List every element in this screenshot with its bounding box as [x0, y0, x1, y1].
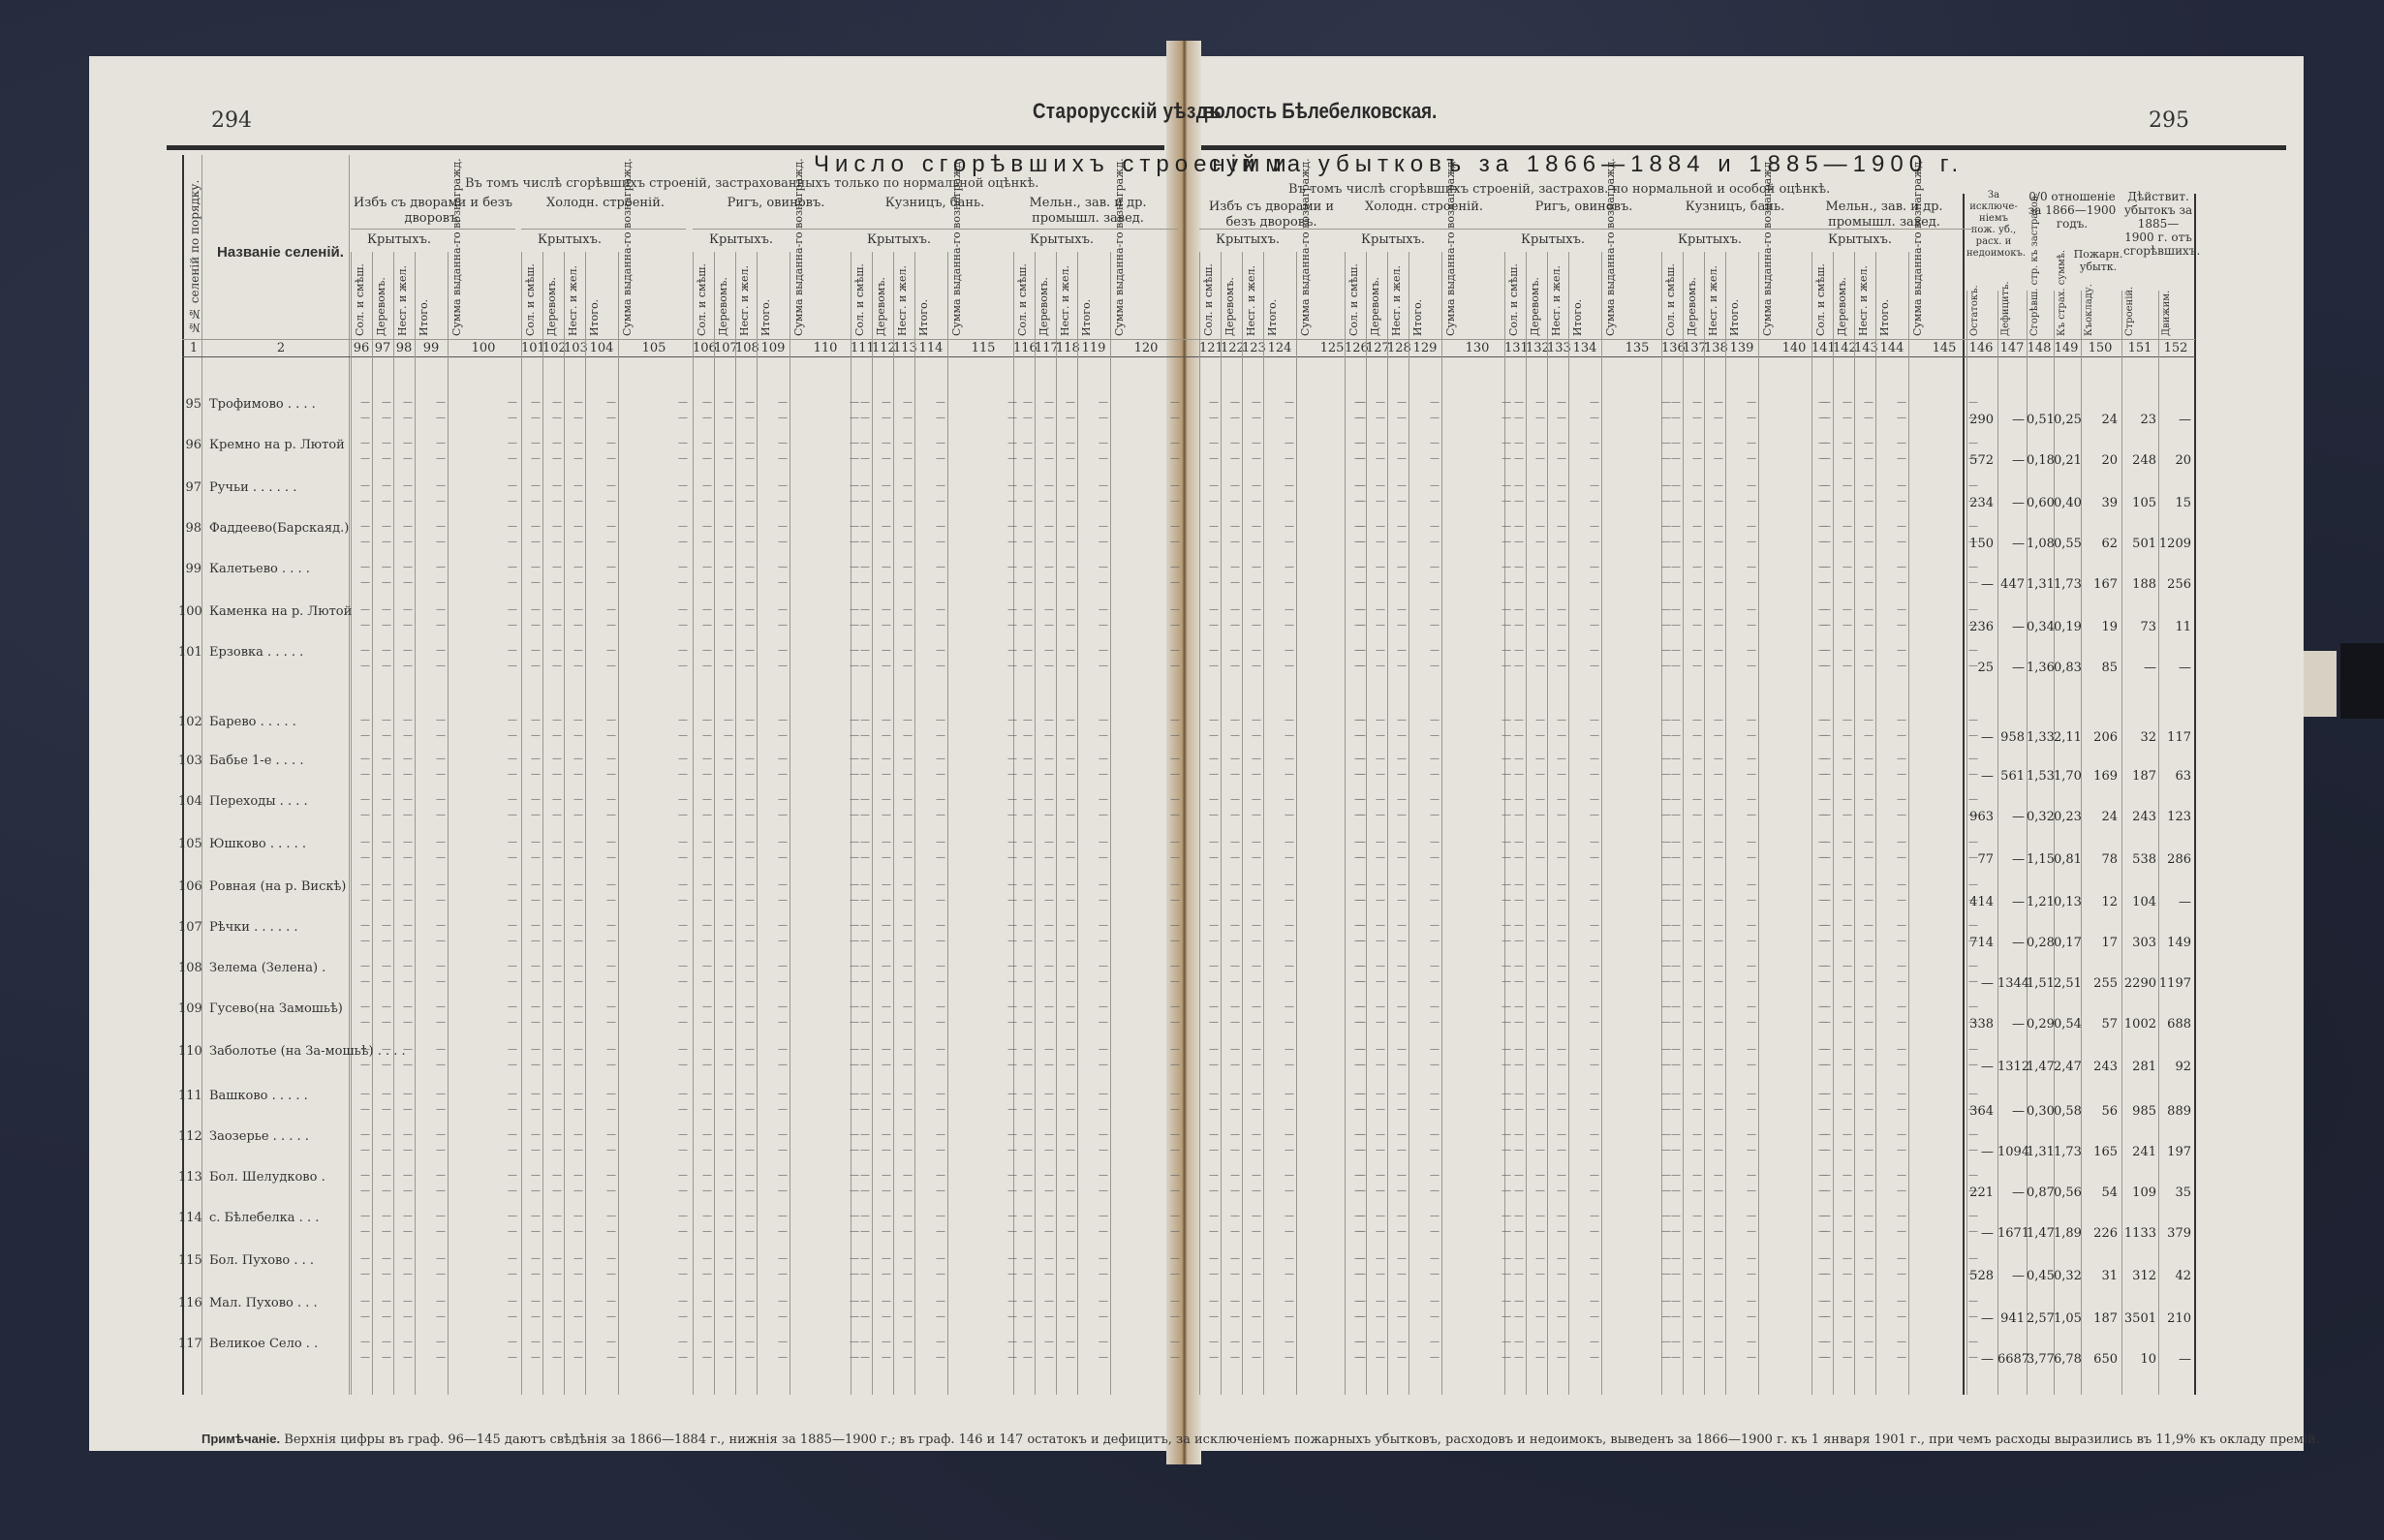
empty-cell: — [1811, 413, 1831, 423]
empty-cell: — [1077, 438, 1108, 448]
empty-cell: — [1035, 961, 1054, 971]
empty-cell: — [1875, 754, 1906, 764]
empty-cell: — [1547, 769, 1566, 780]
column-number: 113 [893, 341, 914, 355]
empty-cell: — [1833, 1186, 1852, 1196]
empty-cell: — [1409, 1089, 1440, 1099]
empty-cell: — [564, 1129, 583, 1140]
empty-cell: — [564, 1170, 583, 1181]
empty-cell: — [1242, 480, 1261, 491]
empty-cell: — [618, 1044, 688, 1055]
empty-cell: — [1875, 769, 1906, 780]
empty-cell: — [1409, 1253, 1440, 1264]
empty-cell: — [1833, 577, 1852, 588]
empty-cell: — [1661, 852, 1681, 863]
empty-cell: — [872, 1226, 891, 1237]
empty-cell: — [893, 769, 913, 780]
empty-cell: — [1409, 920, 1440, 931]
column-line [1221, 252, 1222, 1395]
empty-cell: — [1661, 413, 1681, 423]
empty-cell: — [372, 1311, 391, 1322]
summary-cell: — [1997, 413, 2025, 427]
empty-cell: — [1661, 604, 1681, 615]
empty-cell: — [1013, 604, 1033, 615]
empty-cell: — [585, 1129, 616, 1140]
column-line [1441, 252, 1442, 1395]
empty-cell: — [564, 794, 583, 805]
empty-cell: — [1854, 1226, 1873, 1237]
empty-cell: — [757, 879, 788, 890]
empty-cell: — [1725, 1017, 1756, 1028]
empty-cell: — [1811, 562, 1831, 572]
empty-cell: — [1704, 1089, 1723, 1099]
empty-cell: — [1242, 1044, 1261, 1055]
empty-cell: — [1833, 961, 1852, 971]
empty-cell: — [1199, 1001, 1219, 1012]
empty-cell: — [851, 715, 870, 725]
empty-cell: — [1875, 438, 1906, 448]
empty-cell: — [1366, 879, 1385, 890]
empty-cell: — [1387, 496, 1407, 507]
empty-cell: — [1568, 769, 1599, 780]
empty-cell: — [893, 852, 913, 863]
empty-cell: — [1035, 1089, 1054, 1099]
empty-cell: — [914, 496, 945, 507]
empty-cell: — [415, 852, 446, 863]
empty-cell: — [1875, 620, 1906, 631]
empty-cell: — [1199, 754, 1219, 764]
empty-cell: — [1526, 1129, 1545, 1140]
empty-cell: — [851, 895, 870, 906]
row-number: 112 [178, 1129, 201, 1144]
empty-cell: — [1568, 1001, 1599, 1012]
empty-cell: — [542, 413, 562, 423]
empty-cell: — [1704, 769, 1723, 780]
empty-cell: — [1013, 661, 1033, 671]
subcolumn-header: Остатокъ. [1969, 254, 1980, 336]
empty-cell: — [1811, 1352, 1831, 1363]
empty-cell: — [1526, 397, 1545, 408]
summary-cell: — [1997, 453, 2025, 468]
empty-cell: — [564, 1145, 583, 1155]
empty-cell: — [1013, 837, 1033, 847]
empty-cell: — [947, 1352, 1017, 1363]
empty-cell: — [1387, 879, 1407, 890]
summary-cell: 63 [2158, 769, 2191, 784]
group-izb-right: Избъ съ дворами и безъ дворовъ. [1201, 200, 1342, 231]
empty-cell: — [372, 1060, 391, 1070]
empty-cell: — [914, 1089, 945, 1099]
empty-cell: — [521, 645, 541, 656]
empty-cell: — [585, 1044, 616, 1055]
empty-cell: — [872, 1129, 891, 1140]
empty-cell: — [1547, 453, 1566, 464]
empty-cell: — [1387, 397, 1407, 408]
summary-cell: 379 [2158, 1226, 2191, 1241]
empty-cell: — [1547, 1186, 1566, 1196]
empty-cell: — [1526, 810, 1545, 820]
empty-cell: — [1035, 1296, 1054, 1307]
subcolumn-header: Итого. [418, 254, 430, 336]
empty-cell: — [1077, 577, 1108, 588]
empty-cell: — [521, 496, 541, 507]
empty-cell: — [1242, 1226, 1261, 1237]
empty-cell: — [1056, 1129, 1075, 1140]
empty-cell: — [1908, 604, 1978, 615]
empty-cell: — [735, 1337, 755, 1347]
empty-cell: — [1441, 1104, 1511, 1115]
empty-cell: — [714, 879, 733, 890]
empty-cell: — [1833, 1129, 1852, 1140]
empty-cell: — [393, 1253, 413, 1264]
subcolumn-header: Къокладу. [2084, 254, 2094, 336]
empty-cell: — [1221, 1253, 1240, 1264]
empty-cell: — [521, 1001, 541, 1012]
summary-cell: 150 [1966, 537, 1994, 551]
empty-cell: — [757, 562, 788, 572]
empty-cell: — [1875, 562, 1906, 572]
empty-cell: — [1221, 730, 1240, 741]
summary-cell: 688 [2158, 1017, 2191, 1032]
empty-cell: — [618, 1296, 688, 1307]
empty-cell: — [1199, 769, 1219, 780]
empty-cell: — [1875, 1129, 1906, 1140]
empty-cell: — [1854, 1170, 1873, 1181]
summary-cell: 24 [2081, 413, 2118, 427]
empty-cell: — [448, 794, 517, 805]
empty-cell: — [1704, 496, 1723, 507]
empty-cell: — [542, 1211, 562, 1221]
empty-cell: — [1547, 1170, 1566, 1181]
empty-cell: — [1221, 976, 1240, 987]
empty-cell: — [1056, 1089, 1075, 1099]
empty-cell: — [1077, 1253, 1108, 1264]
summary-cell: — [2121, 661, 2156, 675]
right-running-title: волость Бѣлебелковская. [1203, 99, 1437, 124]
empty-cell: — [521, 661, 541, 671]
empty-cell: — [947, 1211, 1017, 1221]
empty-cell: — [1441, 645, 1511, 656]
subcolumn-header: Деревомъ. [1836, 254, 1848, 336]
empty-cell: — [1056, 1017, 1075, 1028]
empty-cell: — [1725, 1060, 1756, 1070]
rownum-header: №№ селеній по порядку. [188, 189, 201, 334]
empty-cell: — [1811, 521, 1831, 532]
summary-cell: 15 [2158, 496, 2191, 510]
column-number: 115 [947, 341, 1019, 355]
row-number: 104 [178, 794, 201, 809]
subcolumn-header: Сумма выданна-го вознагражд. [1911, 254, 1924, 336]
empty-cell: — [1725, 620, 1756, 631]
empty-cell: — [1547, 852, 1566, 863]
empty-cell: — [1811, 754, 1831, 764]
empty-cell: — [757, 480, 788, 491]
summary-cell: 0,13 [2054, 895, 2077, 909]
summary-cell: 286 [2158, 852, 2191, 867]
empty-cell: — [1221, 837, 1240, 847]
empty-cell: — [372, 1337, 391, 1347]
empty-cell: — [1013, 1017, 1033, 1028]
left-page-number: 294 [211, 108, 252, 133]
empty-cell: — [1683, 604, 1702, 615]
row-number: 107 [178, 920, 201, 935]
top-rule-right [1201, 145, 2286, 150]
column-number: 119 [1077, 341, 1110, 355]
summary-cell: — [1966, 976, 1994, 991]
empty-cell: — [1854, 715, 1873, 725]
empty-cell: — [947, 837, 1017, 847]
empty-cell: — [1056, 769, 1075, 780]
empty-cell: — [1854, 645, 1873, 656]
empty-cell: — [1366, 730, 1385, 741]
empty-cell: — [1013, 794, 1033, 805]
empty-cell: — [1526, 620, 1545, 631]
row-figures: 111–115: 2—2 10; 121–125: 76 1—77 6928; … [358, 1366, 750, 1375]
empty-cell: — [1661, 1129, 1681, 1140]
empty-cell: — [1110, 645, 1180, 656]
empty-cell: — [351, 480, 370, 491]
empty-cell: — [1441, 1352, 1511, 1363]
empty-cell: — [1908, 521, 1978, 532]
empty-cell: — [585, 1269, 616, 1279]
empty-cell: — [914, 879, 945, 890]
empty-cell: — [1875, 577, 1906, 588]
empty-cell: — [1568, 715, 1599, 725]
row-number: 108 [178, 961, 201, 975]
empty-cell: — [1661, 1269, 1681, 1279]
empty-cell: — [947, 936, 1017, 946]
empty-cell: — [521, 1186, 541, 1196]
empty-cell: — [564, 438, 583, 448]
empty-cell: — [448, 1170, 517, 1181]
empty-cell: — [1811, 1044, 1831, 1055]
group-underline [1345, 229, 1509, 230]
empty-cell: — [1833, 852, 1852, 863]
empty-cell: — [1263, 537, 1294, 547]
empty-cell: — [1833, 537, 1852, 547]
empty-cell: — [1199, 438, 1219, 448]
empty-cell: — [947, 397, 1017, 408]
table-right-border [2194, 194, 2196, 1395]
empty-cell: — [1221, 1269, 1240, 1279]
empty-cell: — [1387, 1129, 1407, 1140]
empty-cell: — [1242, 537, 1261, 547]
empty-cell: — [1875, 1044, 1906, 1055]
empty-cell: — [1110, 577, 1180, 588]
empty-cell: — [1199, 645, 1219, 656]
empty-cell: — [1811, 794, 1831, 805]
empty-cell: — [393, 810, 413, 820]
row-figures: 106–110: 2—2 59; 111–115: 1—1 5 [358, 633, 512, 643]
summary-cell: — [1997, 895, 2025, 909]
empty-cell: — [1409, 1296, 1440, 1307]
empty-cell: — [372, 1269, 391, 1279]
empty-cell: — [618, 521, 688, 532]
empty-cell: — [1683, 1352, 1702, 1363]
empty-cell: — [851, 397, 870, 408]
empty-cell: — [448, 604, 517, 615]
empty-cell: — [872, 1186, 891, 1196]
subcolumn-header: Сумма выданна-го вознагражд. [1299, 254, 1312, 336]
empty-cell: — [448, 562, 517, 572]
empty-cell: — [585, 453, 616, 464]
empty-cell: — [914, 715, 945, 725]
empty-cell: — [947, 730, 1017, 741]
column-number: 141 [1811, 341, 1833, 355]
empty-cell: — [1811, 1296, 1831, 1307]
empty-cell: — [1387, 661, 1407, 671]
empty-cell: — [1242, 413, 1261, 423]
empty-cell: — [714, 1001, 733, 1012]
village-name: Бол. Шелудково . [209, 1170, 325, 1185]
empty-cell: — [714, 1060, 733, 1070]
empty-cell: — [1056, 1044, 1075, 1055]
empty-cell: — [872, 1104, 891, 1115]
empty-cell: — [1661, 920, 1681, 931]
empty-cell: — [851, 521, 870, 532]
empty-cell: — [585, 397, 616, 408]
empty-cell: — [393, 537, 413, 547]
empty-cell: — [693, 1145, 712, 1155]
empty-cell: — [1568, 1186, 1599, 1196]
empty-cell: — [914, 794, 945, 805]
empty-cell: — [415, 453, 446, 464]
empty-cell: — [851, 976, 870, 987]
column-line [1013, 252, 1014, 1395]
empty-cell: — [1035, 754, 1054, 764]
empty-cell: — [1811, 920, 1831, 931]
empty-cell: — [735, 1186, 755, 1196]
empty-cell: — [1875, 730, 1906, 741]
empty-cell: — [1263, 1044, 1294, 1055]
empty-cell: — [1504, 794, 1524, 805]
empty-cell: — [914, 397, 945, 408]
empty-cell: — [393, 730, 413, 741]
empty-cell: — [1110, 1017, 1180, 1028]
column-number: 134 [1568, 341, 1601, 355]
group-fire-losses: Пожарн. убытк. [2073, 248, 2123, 273]
empty-cell: — [1366, 1253, 1385, 1264]
empty-cell: — [714, 562, 733, 572]
empty-cell: — [1077, 1145, 1108, 1155]
empty-cell: — [618, 480, 688, 491]
empty-cell: — [564, 1226, 583, 1237]
empty-cell: — [693, 620, 712, 631]
empty-cell: — [1568, 1145, 1599, 1155]
empty-cell: — [1221, 1060, 1240, 1070]
empty-cell: — [872, 562, 891, 572]
empty-cell: — [393, 895, 413, 906]
empty-cell: — [1366, 480, 1385, 491]
empty-cell: — [851, 1089, 870, 1099]
empty-cell: — [1056, 852, 1075, 863]
empty-cell: — [790, 895, 859, 906]
empty-cell: — [1242, 661, 1261, 671]
empty-cell: — [448, 852, 517, 863]
empty-cell: — [1387, 837, 1407, 847]
empty-cell: — [448, 1145, 517, 1155]
empty-cell: — [351, 645, 370, 656]
empty-cell: — [893, 1352, 913, 1363]
empty-cell: — [1035, 1269, 1054, 1279]
empty-cell: — [393, 961, 413, 971]
empty-cell: — [1199, 810, 1219, 820]
subcolumn-header: Сумма выданна-го вознагражд. [792, 254, 805, 336]
empty-cell: — [1035, 936, 1054, 946]
empty-cell: — [351, 562, 370, 572]
empty-cell: — [1661, 1170, 1681, 1181]
empty-cell: — [947, 1044, 1017, 1055]
empty-cell: — [1263, 852, 1294, 863]
row-number: 97 [178, 480, 201, 495]
empty-cell: — [1056, 413, 1075, 423]
empty-cell: — [1387, 521, 1407, 532]
empty-cell: — [1345, 769, 1364, 780]
empty-cell: — [1242, 438, 1261, 448]
empty-cell: — [1387, 1145, 1407, 1155]
empty-cell: — [1833, 895, 1852, 906]
summary-cell: 0,25 [2054, 413, 2077, 427]
empty-cell: — [1704, 1186, 1723, 1196]
empty-cell: — [1908, 1337, 1978, 1347]
column-number: 111 [851, 341, 872, 355]
empty-cell: — [393, 1186, 413, 1196]
krytykh-label: Крытыхъ. [1199, 232, 1296, 247]
empty-cell: — [1833, 754, 1852, 764]
empty-cell: — [851, 413, 870, 423]
empty-cell: — [372, 1017, 391, 1028]
empty-cell: — [1811, 1211, 1831, 1221]
left-running-title: Старорусскій уѣздъ [1033, 99, 1222, 124]
empty-cell: — [1345, 1089, 1364, 1099]
empty-cell: — [851, 604, 870, 615]
empty-cell: — [1704, 1352, 1723, 1363]
empty-cell: — [618, 438, 688, 448]
empty-cell: — [542, 1129, 562, 1140]
empty-cell: — [1056, 1337, 1075, 1347]
empty-cell: — [1013, 537, 1033, 547]
empty-cell: — [1056, 879, 1075, 890]
empty-cell: — [1568, 1060, 1599, 1070]
column-number: 108 [735, 341, 757, 355]
subcolumn-header: Деревомъ. [1529, 254, 1541, 336]
empty-cell: — [1242, 715, 1261, 725]
empty-cell: — [1683, 961, 1702, 971]
empty-cell: — [1504, 397, 1524, 408]
empty-cell: — [1811, 837, 1831, 847]
empty-cell: — [1441, 936, 1511, 946]
row-figures: 106–110: 2—2 22; 121–125: 4—4 145 / 4—4 … [358, 866, 848, 876]
column-line [1504, 252, 1505, 1395]
empty-cell: — [1035, 521, 1054, 532]
empty-cell: — [542, 715, 562, 725]
empty-cell: — [1526, 879, 1545, 890]
empty-cell: — [790, 496, 859, 507]
column-line [1263, 252, 1264, 1395]
empty-cell: — [351, 852, 370, 863]
summary-cell: 958 [1997, 730, 2025, 745]
empty-cell: — [393, 1352, 413, 1363]
empty-cell: — [851, 438, 870, 448]
empty-cell: — [735, 537, 755, 547]
empty-cell: — [1504, 920, 1524, 931]
empty-cell: — [914, 1337, 945, 1347]
empty-cell: — [1811, 1104, 1831, 1115]
summary-cell: 2290 [2121, 976, 2156, 991]
empty-cell: — [1725, 1296, 1756, 1307]
empty-cell: — [1345, 1311, 1364, 1322]
empty-cell: — [1661, 453, 1681, 464]
